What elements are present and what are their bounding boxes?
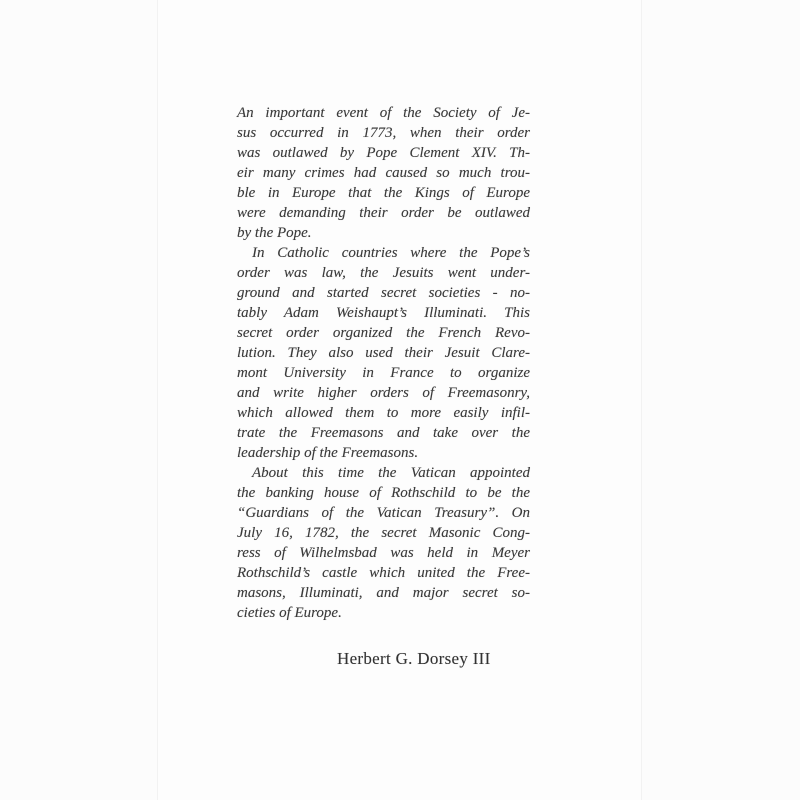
paragraphs: An important event of the Society of Je-… (237, 103, 530, 623)
text-line: was outlawed by Pope Clement XIV. Th- (237, 143, 530, 163)
text-line: and write higher orders of Freemasonry, (237, 383, 530, 403)
text-line: the banking house of Rothschild to be th… (237, 483, 530, 503)
text-line: ble in Europe that the Kings of Europe (237, 183, 530, 203)
attribution: Herbert G. Dorsey III (237, 648, 530, 670)
text-line: ress of Wilhelmsbad was held in Meyer (237, 543, 530, 563)
text-line: Rothschild’s castle which united the Fre… (237, 563, 530, 583)
text-line: In Catholic countries where the Pope’s (237, 243, 530, 263)
text-line: masons, Illuminati, and major secret so- (237, 583, 530, 603)
text-line: lution. They also used their Jesuit Clar… (237, 343, 530, 363)
text-line: cieties of Europe. (237, 603, 530, 623)
document-canvas: An important event of the Society of Je-… (0, 0, 800, 800)
paragraph: About this time the Vatican appointedthe… (237, 463, 530, 623)
text-block: An important event of the Society of Je-… (237, 103, 530, 670)
paragraph: In Catholic countries where the Pope’sor… (237, 243, 530, 463)
text-line: trate the Freemasons and take over the (237, 423, 530, 443)
text-line: “Guardians of the Vatican Treasury”. On (237, 503, 530, 523)
text-line: eir many crimes had caused so much trou- (237, 163, 530, 183)
text-line: sus occurred in 1773, when their order (237, 123, 530, 143)
text-line: order was law, the Jesuits went under- (237, 263, 530, 283)
text-line: An important event of the Society of Je- (237, 103, 530, 123)
paragraph: An important event of the Society of Je-… (237, 103, 530, 243)
text-line: were demanding their order be outlawed (237, 203, 530, 223)
text-line: by the Pope. (237, 223, 530, 243)
text-line: ground and started secret societies - no… (237, 283, 530, 303)
text-line: leadership of the Freemasons. (237, 443, 530, 463)
text-line: which allowed them to more easily infil- (237, 403, 530, 423)
text-line: secret order organized the French Revo- (237, 323, 530, 343)
text-line: About this time the Vatican appointed (237, 463, 530, 483)
text-line: mont University in France to organize (237, 363, 530, 383)
text-line: tably Adam Weishaupt’s Illuminati. This (237, 303, 530, 323)
book-page: An important event of the Society of Je-… (157, 0, 642, 800)
text-line: July 16, 1782, the secret Masonic Cong- (237, 523, 530, 543)
